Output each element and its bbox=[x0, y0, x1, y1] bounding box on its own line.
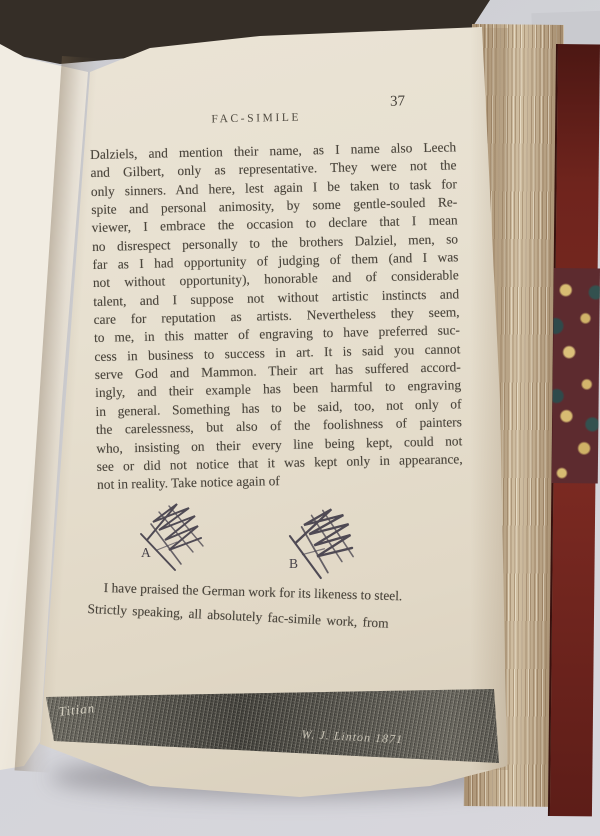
figure-label-a: A bbox=[141, 545, 151, 561]
band-signature: W. J. Linton 1871 bbox=[301, 727, 403, 747]
figure-label-b: B bbox=[289, 556, 298, 572]
body-text: Dalziels, and mention their name, as I n… bbox=[90, 138, 463, 494]
page-edge-shadow bbox=[466, 28, 508, 770]
running-head: FAC-SIMILE bbox=[211, 112, 301, 126]
band-artwork-label: Titian bbox=[58, 700, 96, 720]
page-header: FAC-SIMILE 37 bbox=[90, 92, 461, 140]
scribble-figure-a bbox=[133, 498, 209, 574]
marbled-endpaper-edge bbox=[552, 268, 600, 483]
book-photograph: FAC-SIMILE 37 Dalziels, and mention thei… bbox=[0, 0, 600, 836]
page-number: 37 bbox=[390, 93, 405, 110]
